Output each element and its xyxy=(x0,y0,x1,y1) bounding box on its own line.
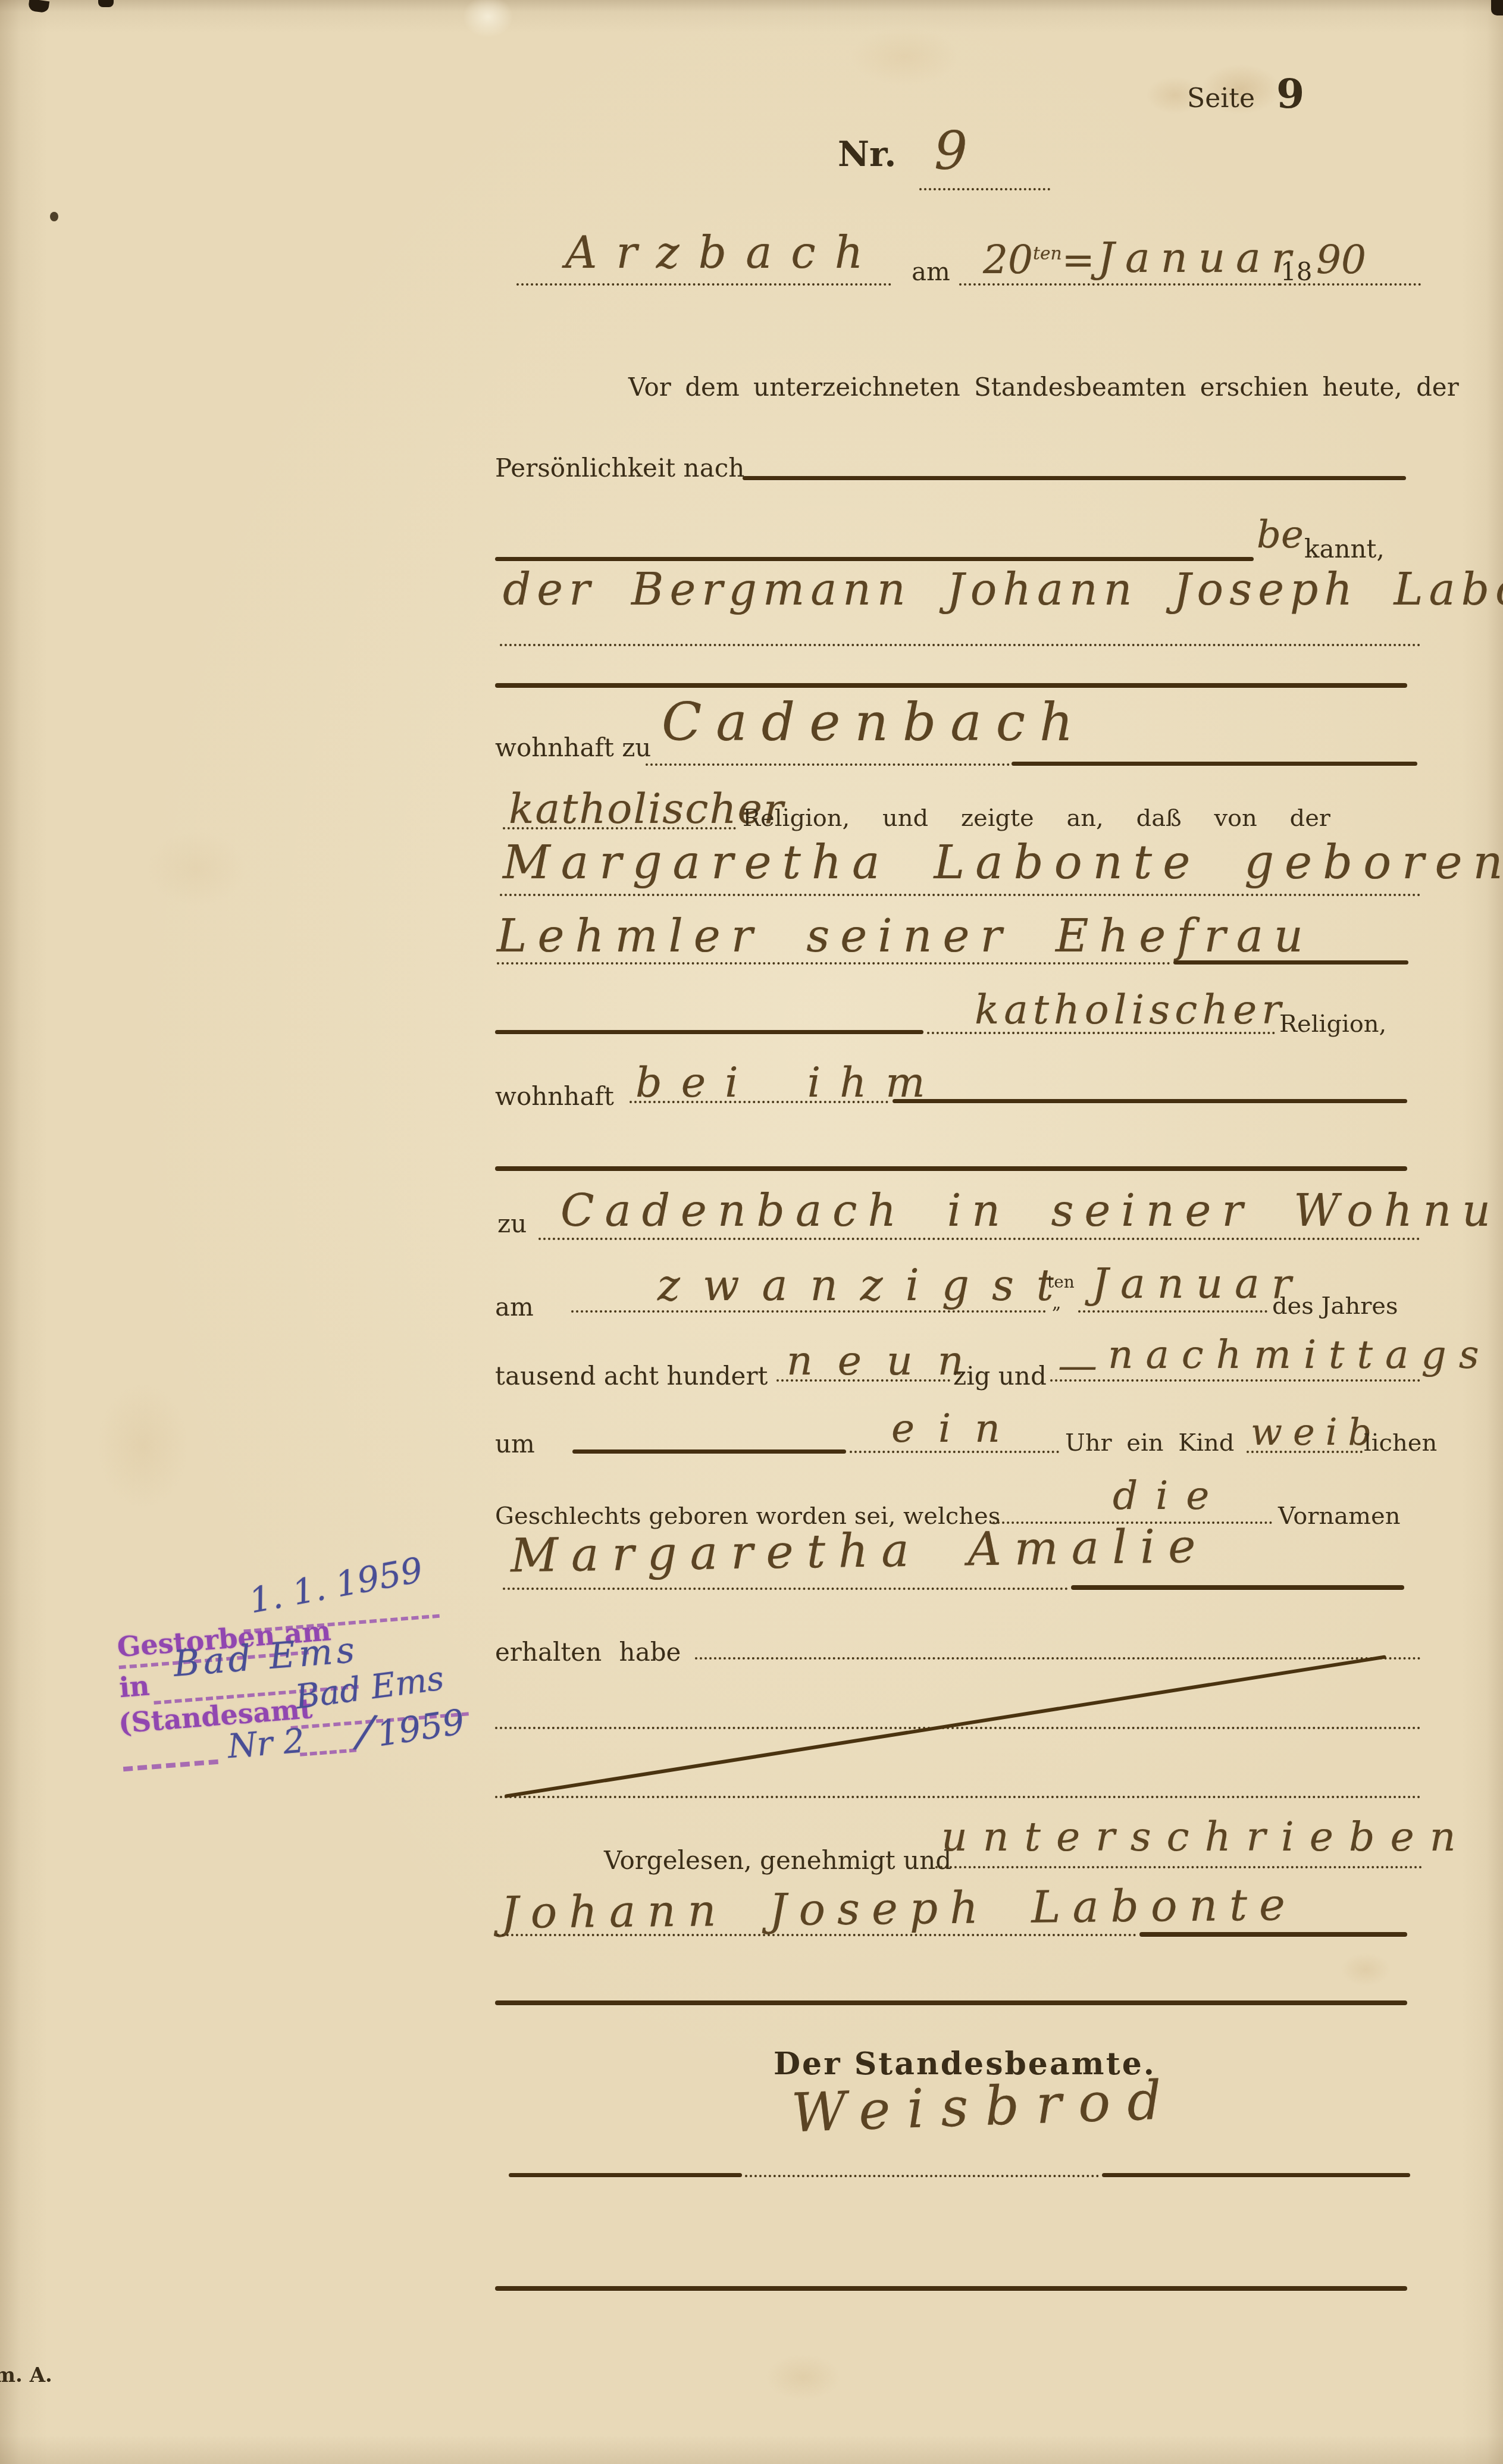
uhr-ein-kind-label: Uhr ein Kind xyxy=(1065,1429,1234,1457)
um-label: um xyxy=(495,1429,535,1458)
declarant-name-hw: der Bergmann Johann Joseph Labonte xyxy=(503,564,1503,615)
mother-name-hw: Margaretha Labonte geborenen xyxy=(503,836,1503,890)
blank-rule xyxy=(495,557,1254,561)
registration-month: Januar xyxy=(1098,233,1302,282)
gender-hw: weib xyxy=(1251,1410,1382,1454)
persoenlichkeit-label: Persönlichkeit nach xyxy=(495,453,744,483)
page-number: 9 xyxy=(1276,70,1304,118)
record-number-label: Nr. xyxy=(838,134,896,174)
blank-rule xyxy=(743,476,1406,480)
zig-und-label: zig und xyxy=(953,1361,1047,1391)
zu-label: zu xyxy=(497,1209,527,1238)
registration-day: 20ten= xyxy=(983,237,1095,283)
stamp-dashed-rule xyxy=(123,1759,218,1772)
in-label: in xyxy=(118,1669,151,1704)
dotted-rule xyxy=(538,1238,1420,1240)
blank-rule xyxy=(572,1449,846,1454)
dotted-rule xyxy=(1050,1379,1420,1382)
ink-spot xyxy=(50,212,58,221)
registration-year: 90 xyxy=(1316,237,1366,283)
dotted-rule xyxy=(500,894,1421,896)
registrar-signature-hw: Weisbrod xyxy=(790,2069,1179,2145)
mother-religion-hw: katholischer xyxy=(975,987,1286,1034)
vorgelesen-label: Vorgelesen, genehmigt und xyxy=(604,1846,951,1875)
death-record-number-hw: Nr 2 xyxy=(226,1721,306,1766)
religion-zeigte-an-label: Religion, und zeigte an, daß von der xyxy=(743,804,1330,832)
wohnhaft-label: wohnhaft xyxy=(495,1082,614,1111)
death-record-slash: / xyxy=(355,1705,375,1758)
blank-rule xyxy=(893,1099,1407,1103)
dotted-rule xyxy=(495,1727,1421,1729)
blank-rule xyxy=(495,683,1407,688)
dotted-rule xyxy=(1247,1451,1363,1453)
blank-rule xyxy=(1173,960,1408,965)
death-annotation-stamp: 1. 1. 1959 Gestorben am in Bad Ems (Stan… xyxy=(107,1551,517,1814)
dotted-rule xyxy=(503,1588,1068,1590)
record-number-value: 9 xyxy=(934,120,967,181)
blank-rule xyxy=(1139,1932,1407,1937)
erhalten-habe-label: erhalten habe xyxy=(495,1638,681,1667)
dotted-rule xyxy=(497,1934,1136,1936)
unterschrieben-hw: unterschrieben xyxy=(941,1814,1471,1861)
dotted-rule xyxy=(745,2175,1099,2177)
lichen-label: lichen xyxy=(1364,1429,1437,1457)
vornamen-label: Vornamen xyxy=(1278,1502,1400,1530)
wohnhaft-zu-label: wohnhaft zu xyxy=(495,733,651,762)
year-century-printed: 18 xyxy=(1280,257,1312,286)
dotted-rule xyxy=(503,827,736,829)
dotted-rule xyxy=(516,283,891,286)
dotted-rule xyxy=(919,188,1050,190)
kannt-label: kannt, xyxy=(1304,534,1385,563)
ten-suffix-label: ten xyxy=(1047,1272,1075,1292)
article-die-hw: die xyxy=(1113,1473,1227,1519)
death-date-hw: 1. 1. 1959 xyxy=(246,1549,426,1621)
religion2-label: Religion, xyxy=(1279,1010,1386,1038)
scanned-birth-record-page: Seite 9 Nr. 9 Arzbach am 20ten= Januar 1… xyxy=(0,0,1503,2464)
intro-line: Vor dem unterzeichneten Standesbeamten e… xyxy=(628,372,1459,402)
tausend-label: tausend acht hundert xyxy=(495,1361,768,1391)
dotted-rule xyxy=(1078,1310,1267,1313)
paper-speck xyxy=(98,0,114,7)
dotted-rule xyxy=(935,1866,1422,1868)
dotted-rule xyxy=(630,1101,888,1103)
dotted-rule xyxy=(500,644,1421,646)
declarant-signature-hw: Johann Joseph Labonte xyxy=(501,1879,1298,1939)
birth-month-hw: Januar xyxy=(1092,1259,1303,1308)
blank-rule xyxy=(495,1030,923,1034)
day-dash: = xyxy=(1062,237,1095,283)
blank-rule xyxy=(1012,762,1417,766)
am-label: am xyxy=(912,257,950,286)
page-label: Seite xyxy=(1187,83,1255,114)
form-footer-mark: m. A. xyxy=(0,2363,52,2387)
mother-maiden-name-hw: Lehmler seiner Ehefrau xyxy=(497,909,1314,962)
child-name-hw: Margaretha Amalie xyxy=(510,1520,1208,1583)
daytime-hw: nachmittags xyxy=(1108,1332,1492,1377)
dotted-rule xyxy=(776,1379,950,1382)
blank-rule xyxy=(495,2000,1407,2005)
ditto-mark: „ xyxy=(1052,1292,1062,1313)
dotted-rule xyxy=(646,763,1010,766)
des-jahres-label: des Jahres xyxy=(1272,1292,1398,1320)
paper-speck xyxy=(1491,0,1503,15)
birth-place-hw: Cadenbach in seiner Wohnung xyxy=(561,1185,1503,1236)
dotted-rule xyxy=(695,1657,1421,1660)
blank-rule xyxy=(509,2173,742,2177)
birth-day-hw: zwanzigst xyxy=(657,1260,1076,1310)
am-birth-label: am xyxy=(495,1292,534,1322)
registration-place: Arzbach xyxy=(565,227,882,278)
day-ordinal-suffix: ten xyxy=(1033,243,1062,264)
death-record-year-hw: 1959 xyxy=(374,1701,467,1754)
blank-rule xyxy=(495,1166,1407,1171)
paper-speck xyxy=(28,0,49,13)
declarant-residence-hw: Cadenbach xyxy=(662,691,1088,753)
dotted-rule xyxy=(959,283,1280,286)
blank-rule xyxy=(495,2286,1407,2291)
stamp-dashed-rule xyxy=(300,1748,356,1756)
blank-rule xyxy=(1102,2173,1410,2177)
blank-rule xyxy=(1071,1585,1404,1590)
dotted-rule xyxy=(497,962,1170,965)
bekannt-prefix-hw: be xyxy=(1257,513,1304,557)
dotted-rule xyxy=(495,1796,1421,1798)
dotted-rule xyxy=(1279,283,1421,286)
birth-hour-hw: ein xyxy=(891,1405,1024,1451)
dotted-rule xyxy=(571,1310,1046,1313)
